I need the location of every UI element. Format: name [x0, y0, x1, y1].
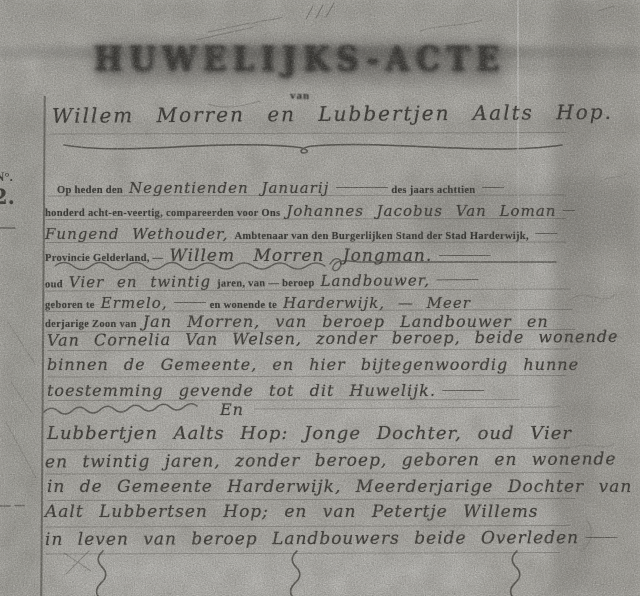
handwritten-text: En [220, 400, 244, 419]
en-separator-squiggle [44, 404, 197, 414]
act-line: en twintig jaren, zonder beroep, geboren… [45, 450, 569, 473]
act-line: geboren teErmelo,———en wonende teHarderw… [45, 294, 569, 313]
page-edge-shadow [598, 0, 640, 596]
handwritten-text: Harderwijk, — Meer [283, 294, 471, 312]
en-separator-rule [255, 407, 560, 409]
act-line: binnen de Gemeente, en hier bijtegenwoor… [47, 355, 571, 375]
scan-shading-top [0, 0, 640, 30]
handwritten-text: toestemming gevende tot dit Huwelijk. [47, 381, 436, 400]
act-line: Van Cornelia Van Welsen, zonder beroep, … [47, 327, 571, 351]
act-line: toestemming gevende tot dit Huwelijk.———… [47, 381, 571, 401]
filler-dashes: ————— [335, 180, 385, 195]
act-line: in de Gemeente Harderwijk, Meerderjarige… [47, 477, 575, 497]
handwritten-text: Johannes Jacobus Van Loman [286, 202, 556, 220]
left-margin-shading [0, 90, 42, 596]
act-line: Aalt Lubbertsen Hop; en van Petertje Wil… [45, 502, 573, 522]
printed-text: geboren te [45, 300, 95, 311]
handwritten-text: Negentienden Januarij [129, 179, 329, 197]
handwritten-text: Vier en twintig [69, 273, 211, 292]
handwritten-text: Aalt Lubbertsen Hop; en van Petertje Wil… [45, 502, 539, 522]
document-title: HUWELIJKS-ACTE [88, 35, 512, 84]
handwritten-text: in leven van beroep Landbouwers beide Ov… [45, 528, 579, 550]
section-separator-en: En [220, 400, 250, 420]
printed-text: des jaars achttien [391, 185, 475, 196]
printed-word-van: van [276, 90, 324, 102]
printed-text: Provincie Gelderland, — [45, 253, 163, 264]
handwritten-text: Fungend Wethouder, [45, 225, 228, 243]
printed-text: Ambtenaar van den Burgerlijken Stand der… [234, 231, 528, 242]
handwritten-text: Ermelo, [101, 294, 168, 312]
act-line: Op heden denNegentienden Januarij—————de… [57, 179, 563, 198]
printed-text: honderd acht-en-veertig, compareerden vo… [45, 208, 280, 219]
names-flourish-underline [64, 145, 562, 153]
filler-dashes: — [562, 203, 572, 218]
scanned-marriage-certificate: N°. 2. HUWELIJKS-ACTE van Willem Morren … [0, 0, 640, 596]
act-line: oudVier en twintigjaren, van — beroepLan… [45, 271, 569, 293]
scan-light-patch [55, 545, 485, 596]
handwritten-text: Landbouwer, [321, 271, 431, 290]
printed-text: en wonende te [210, 300, 277, 311]
curly-brace-mark [291, 551, 300, 596]
printed-text: derjarige Zoon van [45, 319, 137, 330]
handwritten-text: en twintig jaren, zonder beroep, geboren… [45, 449, 617, 472]
filler-dashes: —— [481, 180, 501, 195]
filler-dashes: ————— [438, 248, 488, 263]
filler-dashes: ——— [174, 295, 204, 310]
filler-dashes: —— [535, 226, 555, 241]
printed-text: jaren, van — beroep [217, 278, 315, 290]
filler-dashes: ——— [585, 530, 615, 545]
curly-brace-mark [97, 551, 106, 596]
act-line: Provincie Gelderland, —Willem Morren Jon… [45, 246, 565, 266]
curly-brace-mark [511, 551, 520, 596]
act-line: honderd acht-en-veertig, compareerden vo… [45, 202, 565, 221]
act-number-value: 2. [0, 184, 15, 209]
act-line: Lubbertjen Aalts Hop: Jonge Dochter, oud… [47, 423, 571, 444]
handwritten-text: Van Cornelia Van Welsen, zonder beroep, … [47, 327, 619, 350]
printed-text: Op heden den [57, 185, 123, 196]
filler-dashes: ———— [442, 383, 482, 398]
act-number-label: N°. [0, 169, 13, 185]
act-line: Fungend Wethouder,Ambtenaar van den Burg… [45, 225, 565, 244]
printed-text: oud [45, 279, 63, 290]
couple-names-line: Willem Morren en Lubbertjen Aalts Hop. [52, 100, 566, 129]
handwritten-text: in de Gemeente Harderwijk, Meerderjarige… [47, 477, 632, 497]
act-line: in leven van beroep Landbouwers beide Ov… [45, 528, 569, 550]
handwritten-text: Willem Morren Jongman. [169, 246, 432, 266]
handwritten-text: Willem Morren en Lubbertjen Aalts Hop. [52, 100, 613, 128]
handwritten-text: Lubbertjen Aalts Hop: Jonge Dochter, oud… [47, 423, 572, 444]
handwritten-text: binnen de Gemeente, en hier bijtegenwoor… [47, 355, 579, 374]
filler-dashes: ———— [436, 272, 476, 287]
